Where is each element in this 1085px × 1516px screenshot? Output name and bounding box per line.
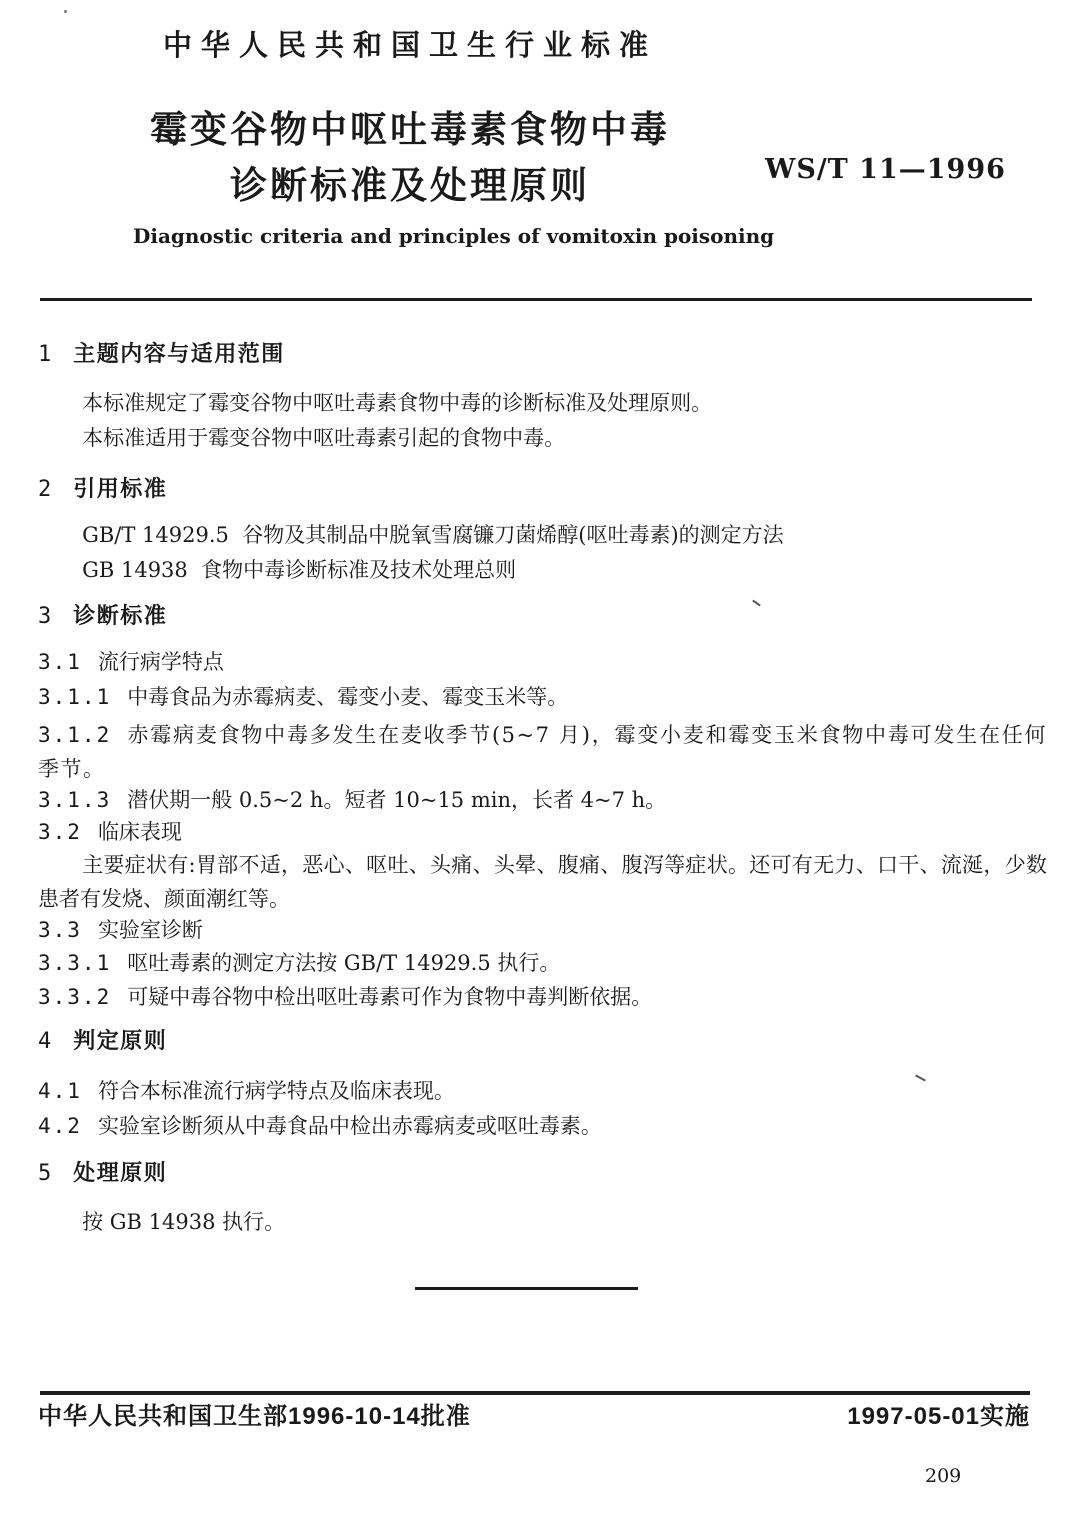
clause-3-1-number: 3.1 xyxy=(38,650,82,674)
clause-3-1-2-number: 3.1.2 xyxy=(38,723,111,747)
clause-3-1-1-text: 中毒食品为赤霉病麦、霉变小麦、霉变玉米等。 xyxy=(127,685,568,709)
document-title-line1: 霉变谷物中呕吐毒素食物中毒 xyxy=(0,102,820,158)
section-5-heading: 5处理原则 xyxy=(38,1160,1047,1187)
clause-3-1-1: 3.1.1中毒食品为赤霉病麦、霉变小麦、霉变玉米等。 xyxy=(38,680,1047,714)
section-4-number: 4 xyxy=(38,1029,53,1054)
section-1-number: 1 xyxy=(38,342,53,367)
clause-3-2-text: 临床表现 xyxy=(98,820,182,844)
clause-3-3-2: 3.3.2可疑中毒谷物中检出呕吐毒素可作为食物中毒判断依据。 xyxy=(38,980,1047,1014)
referenced-standard-2: GB 14938 食物中毒诊断标准及技术处理总则 xyxy=(38,553,1047,587)
clause-3-1-2: 3.1.2赤霉病麦食物中毒多发生在麦收季节(5~7 月)，霉变小麦和霉变玉米食物… xyxy=(38,718,1047,786)
section-4-title: 判定原则 xyxy=(73,1028,167,1053)
section-1-heading: 1主题内容与适用范围 xyxy=(38,341,1047,368)
clause-3-1-3-text: 潜伏期一般 0.5~2 h。短者 10~15 min，长者 4~7 h。 xyxy=(127,788,666,812)
section-1-paragraph-2: 本标准适用于霉变谷物中呕吐毒素引起的食物中毒。 xyxy=(38,421,1047,455)
document-category-header: 中华人民共和国卫生行业标准 xyxy=(0,28,820,64)
clause-4-1-number: 4.1 xyxy=(38,1079,82,1103)
clause-3-3-1: 3.3.1呕吐毒素的测定方法按 GB/T 14929.5 执行。 xyxy=(38,946,1047,980)
section-2-heading: 2引用标准 xyxy=(38,476,1047,503)
clause-3-3-1-text: 呕吐毒素的测定方法按 GB/T 14929.5 执行。 xyxy=(127,951,560,975)
section-1-title: 主题内容与适用范围 xyxy=(73,341,285,366)
standard-number: WS/T 11—1996 xyxy=(765,153,1006,187)
referenced-standard-1: GB/T 14929.5 谷物及其制品中脱氧雪腐镰刀菌烯醇(呕吐毒素)的测定方法 xyxy=(38,518,1047,552)
footer-rule xyxy=(40,1391,1030,1395)
clause-3-3-text: 实验室诊断 xyxy=(98,918,203,942)
section-5-paragraph: 按 GB 14938 执行。 xyxy=(38,1205,1047,1239)
clause-3-2: 3.2临床表现 xyxy=(38,815,1047,849)
page-number: 209 xyxy=(925,1464,961,1488)
scanned-standard-document-page: 中华人民共和国卫生行业标准 霉变谷物中呕吐毒素食物中毒 诊断标准及处理原则 WS… xyxy=(0,0,1085,1516)
document-title-line2: 诊断标准及处理原则 xyxy=(0,158,820,214)
clause-3-2-number: 3.2 xyxy=(38,820,82,844)
scan-speck-dot xyxy=(64,10,67,13)
section-3-heading: 3诊断标准 xyxy=(38,603,1047,630)
clause-3-1-3: 3.1.3潜伏期一般 0.5~2 h。短者 10~15 min，长者 4~7 h… xyxy=(38,783,1047,817)
section-5-number: 5 xyxy=(38,1161,53,1186)
header-rule xyxy=(40,298,1032,301)
clause-3-3: 3.3实验室诊断 xyxy=(38,913,1047,947)
clause-3-3-2-text: 可疑中毒谷物中检出呕吐毒素可作为食物中毒判断依据。 xyxy=(127,985,652,1009)
document-title: 霉变谷物中呕吐毒素食物中毒 诊断标准及处理原则 xyxy=(0,102,820,214)
clause-3-1-2-text: 赤霉病麦食物中毒多发生在麦收季节(5~7 月)，霉变小麦和霉变玉米食物中毒可发生… xyxy=(38,723,1047,781)
clause-4-1-text: 符合本标准流行病学特点及临床表现。 xyxy=(98,1079,455,1103)
clause-4-2-number: 4.2 xyxy=(38,1114,82,1138)
section-3-title: 诊断标准 xyxy=(73,603,167,628)
clause-3-1-text: 流行病学特点 xyxy=(98,650,224,674)
clause-3-2-paragraph: 主要症状有:胃部不适，恶心、呕吐、头痛、头晕、腹痛、腹泻等症状。还可有无力、口干… xyxy=(38,848,1047,916)
clause-3-3-2-number: 3.3.2 xyxy=(38,985,111,1009)
clause-3-3-1-number: 3.3.1 xyxy=(38,951,111,975)
end-of-text-divider xyxy=(415,1287,638,1290)
approval-note: 中华人民共和国卫生部1996-10-14批准 xyxy=(38,1402,471,1432)
clause-3-1-1-number: 3.1.1 xyxy=(38,685,111,709)
footer: 中华人民共和国卫生部1996-10-14批准 1997-05-01实施 xyxy=(38,1402,1030,1432)
section-2-title: 引用标准 xyxy=(73,476,167,501)
section-2-number: 2 xyxy=(38,477,53,502)
clause-3-3-number: 3.3 xyxy=(38,918,82,942)
clause-4-2-text: 实验室诊断须从中毒食品中检出赤霉病麦或呕吐毒素。 xyxy=(98,1114,602,1138)
clause-3-1-3-number: 3.1.3 xyxy=(38,788,111,812)
section-5-title: 处理原则 xyxy=(73,1160,167,1185)
clause-4-1: 4.1符合本标准流行病学特点及临床表现。 xyxy=(38,1074,1047,1108)
section-1-paragraph-1: 本标准规定了霉变谷物中呕吐毒素食物中毒的诊断标准及处理原则。 xyxy=(38,386,1047,420)
section-3-number: 3 xyxy=(38,604,53,629)
implementation-note: 1997-05-01实施 xyxy=(847,1402,1030,1432)
clause-4-2: 4.2实验室诊断须从中毒食品中检出赤霉病麦或呕吐毒素。 xyxy=(38,1109,1047,1143)
english-title: Diagnostic criteria and principles of vo… xyxy=(133,223,774,249)
clause-3-1: 3.1流行病学特点 xyxy=(38,645,1047,679)
section-4-heading: 4判定原则 xyxy=(38,1028,1047,1055)
